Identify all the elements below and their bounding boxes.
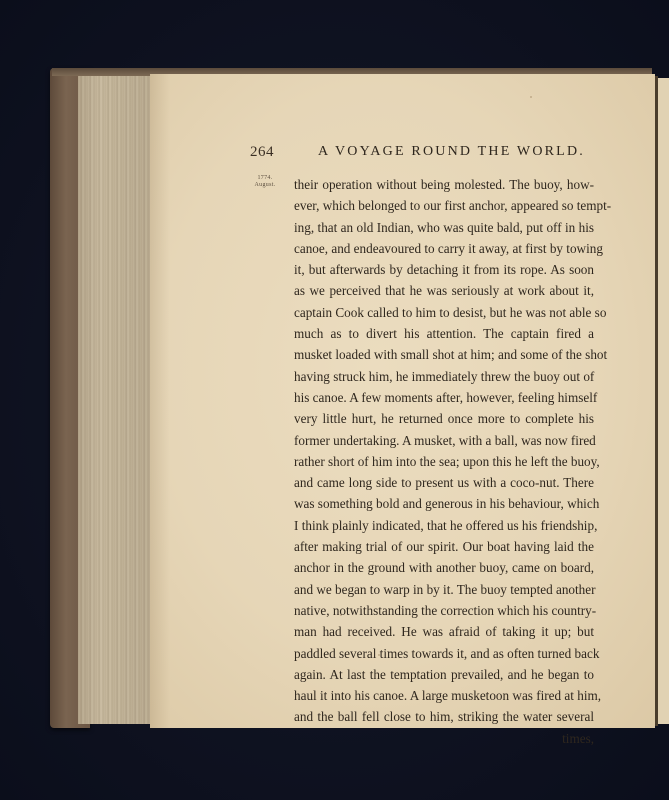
text-line: paddled several times towards it, and as… xyxy=(294,643,594,664)
margin-note-month: August. xyxy=(243,182,287,189)
facing-page-edge xyxy=(658,78,669,724)
text-line: and the ball fell close to him, striking… xyxy=(294,706,594,727)
text-line: canoe, and endeavoured to carry it away,… xyxy=(294,238,594,259)
text-line: I think plainly indicated, that he offer… xyxy=(294,515,594,536)
text-line: haul it into his canoe. A large musketoo… xyxy=(294,685,594,706)
text-line: his canoe. A few moments after, however,… xyxy=(294,387,594,408)
text-line: very little hurt, he returned once more … xyxy=(294,408,594,429)
text-line: much as to divert his attention. The cap… xyxy=(294,323,594,344)
text-line: was something bold and generous in his b… xyxy=(294,493,594,514)
catchword: times, xyxy=(294,728,594,749)
margin-note-year: 1774. xyxy=(243,175,287,182)
margin-note: 1774. August. xyxy=(243,175,287,189)
text-line: anchor in the ground with another buoy, … xyxy=(294,557,594,578)
text-line: man had received. He was afraid of takin… xyxy=(294,621,594,642)
text-line: having struck him, he immediately threw … xyxy=(294,366,594,387)
text-line: and came long side to present us with a … xyxy=(294,472,594,493)
text-line: captain Cook called to him to desist, bu… xyxy=(294,302,594,323)
text-line: ing, that an old Indian, who was quite b… xyxy=(294,217,594,238)
paper-speck xyxy=(530,96,532,98)
text-line: and we began to warp in by it. The buoy … xyxy=(294,579,594,600)
text-line: again. At last the temptation prevailed,… xyxy=(294,664,594,685)
text-line: their operation without being molested. … xyxy=(294,174,594,195)
text-line: it, but afterwards by detaching it from … xyxy=(294,259,594,280)
text-line: native, notwithstanding the correction w… xyxy=(294,600,594,621)
text-line: ever, which belonged to our first anchor… xyxy=(294,195,594,216)
text-line: musket loaded with small shot at him; an… xyxy=(294,344,594,365)
page-number: 264 xyxy=(250,144,274,161)
running-head: 264 A VOYAGE ROUND THE WORLD. xyxy=(250,144,570,164)
text-line: rather short of him into the sea; upon t… xyxy=(294,451,594,472)
text-line: former undertaking. A musket, with a bal… xyxy=(294,430,594,451)
text-line: as we perceived that he was seriously at… xyxy=(294,280,594,301)
text-line: after making trial of our spirit. Our bo… xyxy=(294,536,594,557)
page-block-edges xyxy=(78,76,150,724)
running-title: A VOYAGE ROUND THE WORLD. xyxy=(318,144,585,160)
body-text: their operation without being molested. … xyxy=(294,174,594,749)
